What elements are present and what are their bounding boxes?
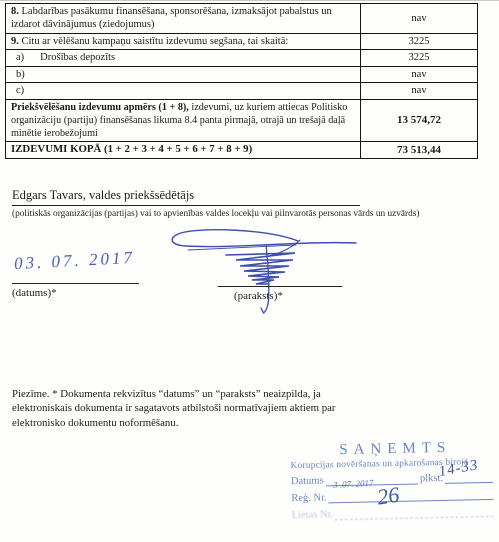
table-row: a)Drošības depozīts 3225 (6, 49, 477, 65)
datums-line (12, 283, 139, 284)
stamp-case-label: Lietas Nr. (292, 509, 334, 521)
row-marker: a) (11, 52, 24, 63)
signature-scribble (148, 222, 363, 317)
signatory-name: Edgars Tavars, valdes priekšsēdētājs (12, 188, 360, 206)
table-row: 9. Citu ar vēlēšanu kampaņu saistītu izd… (6, 33, 477, 49)
handwritten-reg-number: 26 (376, 482, 401, 511)
row-value: nav (360, 83, 477, 98)
stamp-datums-label: Datums (291, 475, 324, 487)
handwritten-date: 03. 07. 2017 (14, 248, 136, 274)
row-label: c) (6, 83, 360, 98)
row-label: a)Drošības depozīts (6, 50, 360, 65)
row-label: Priekšvēlēšanu izdevumu apmērs (1 + 8), … (6, 100, 360, 141)
row-text: Labdarības pasākumu finansēšana, sponsor… (11, 6, 332, 30)
paraksts-line (218, 286, 342, 287)
row-number: 8. (11, 6, 19, 17)
row-value: 3225 (360, 50, 477, 65)
table-row: 8. Labdarības pasākumu finansēšana, spon… (6, 4, 477, 33)
stamp-reg-label: Reģ. Nr. (291, 492, 327, 504)
table-row: c) nav (6, 82, 477, 98)
table-row-grand-total: IZDEVUMI KOPĀ (1 + 2 + 3 + 4 + 5 + 6 + 7… (6, 141, 477, 158)
stamp-reg-line (328, 489, 493, 503)
row-text: Drošības depozīts (40, 52, 115, 63)
row-value: 13 574,72 (360, 100, 477, 141)
row-marker: c) (11, 85, 24, 96)
footnote-text: Piezīme. * Dokumenta rekvizītus “datums”… (12, 387, 366, 430)
row-title-bold: Priekšvēlēšanu izdevumu apmērs (1 + 8), (11, 102, 189, 113)
paraksts-caption: (paraksts)* (234, 290, 283, 302)
row-value: 3225 (360, 34, 477, 49)
row-label: IZDEVUMI KOPĀ (1 + 2 + 3 + 4 + 5 + 6 + 7… (6, 142, 360, 158)
stamp-case-line (335, 506, 494, 520)
handwritten-stamp-date: 3 .07. 2017 (333, 478, 374, 490)
scan-edge-line (0, 0, 499, 1)
row-text: Citu ar vēlēšanu kampaņu saistītu izdevu… (19, 36, 288, 47)
table-row-preelection-total: Priekšvēlēšanu izdevumu apmērs (1 + 8), … (6, 99, 477, 141)
row-marker: b) (11, 69, 25, 80)
row-number: 9. (11, 36, 19, 47)
row-title-bold: IZDEVUMI KOPĀ (1 + 2 + 3 + 4 + 5 + 6 + 7… (11, 143, 252, 155)
received-stamp: SAŅEMTS Korupcijas novēršanas un apkaroš… (290, 439, 496, 525)
row-value: nav (360, 4, 477, 33)
signatory-name-caption: (politiskās organizācijas (partijas) vai… (12, 209, 419, 219)
datums-caption: (datums)* (12, 287, 57, 299)
expense-table: 8. Labdarības pasākumu finansēšana, spon… (5, 3, 478, 159)
row-label: b) (6, 67, 360, 82)
row-value: 73 513,44 (360, 142, 477, 158)
table-row: b) nav (6, 66, 477, 82)
row-value: nav (360, 67, 477, 82)
row-label: 9. Citu ar vēlēšanu kampaņu saistītu izd… (6, 34, 360, 49)
scanned-expense-report: 8. Labdarības pasākumu finansēšana, spon… (0, 0, 499, 542)
row-label: 8. Labdarības pasākumu finansēšana, spon… (6, 4, 360, 33)
